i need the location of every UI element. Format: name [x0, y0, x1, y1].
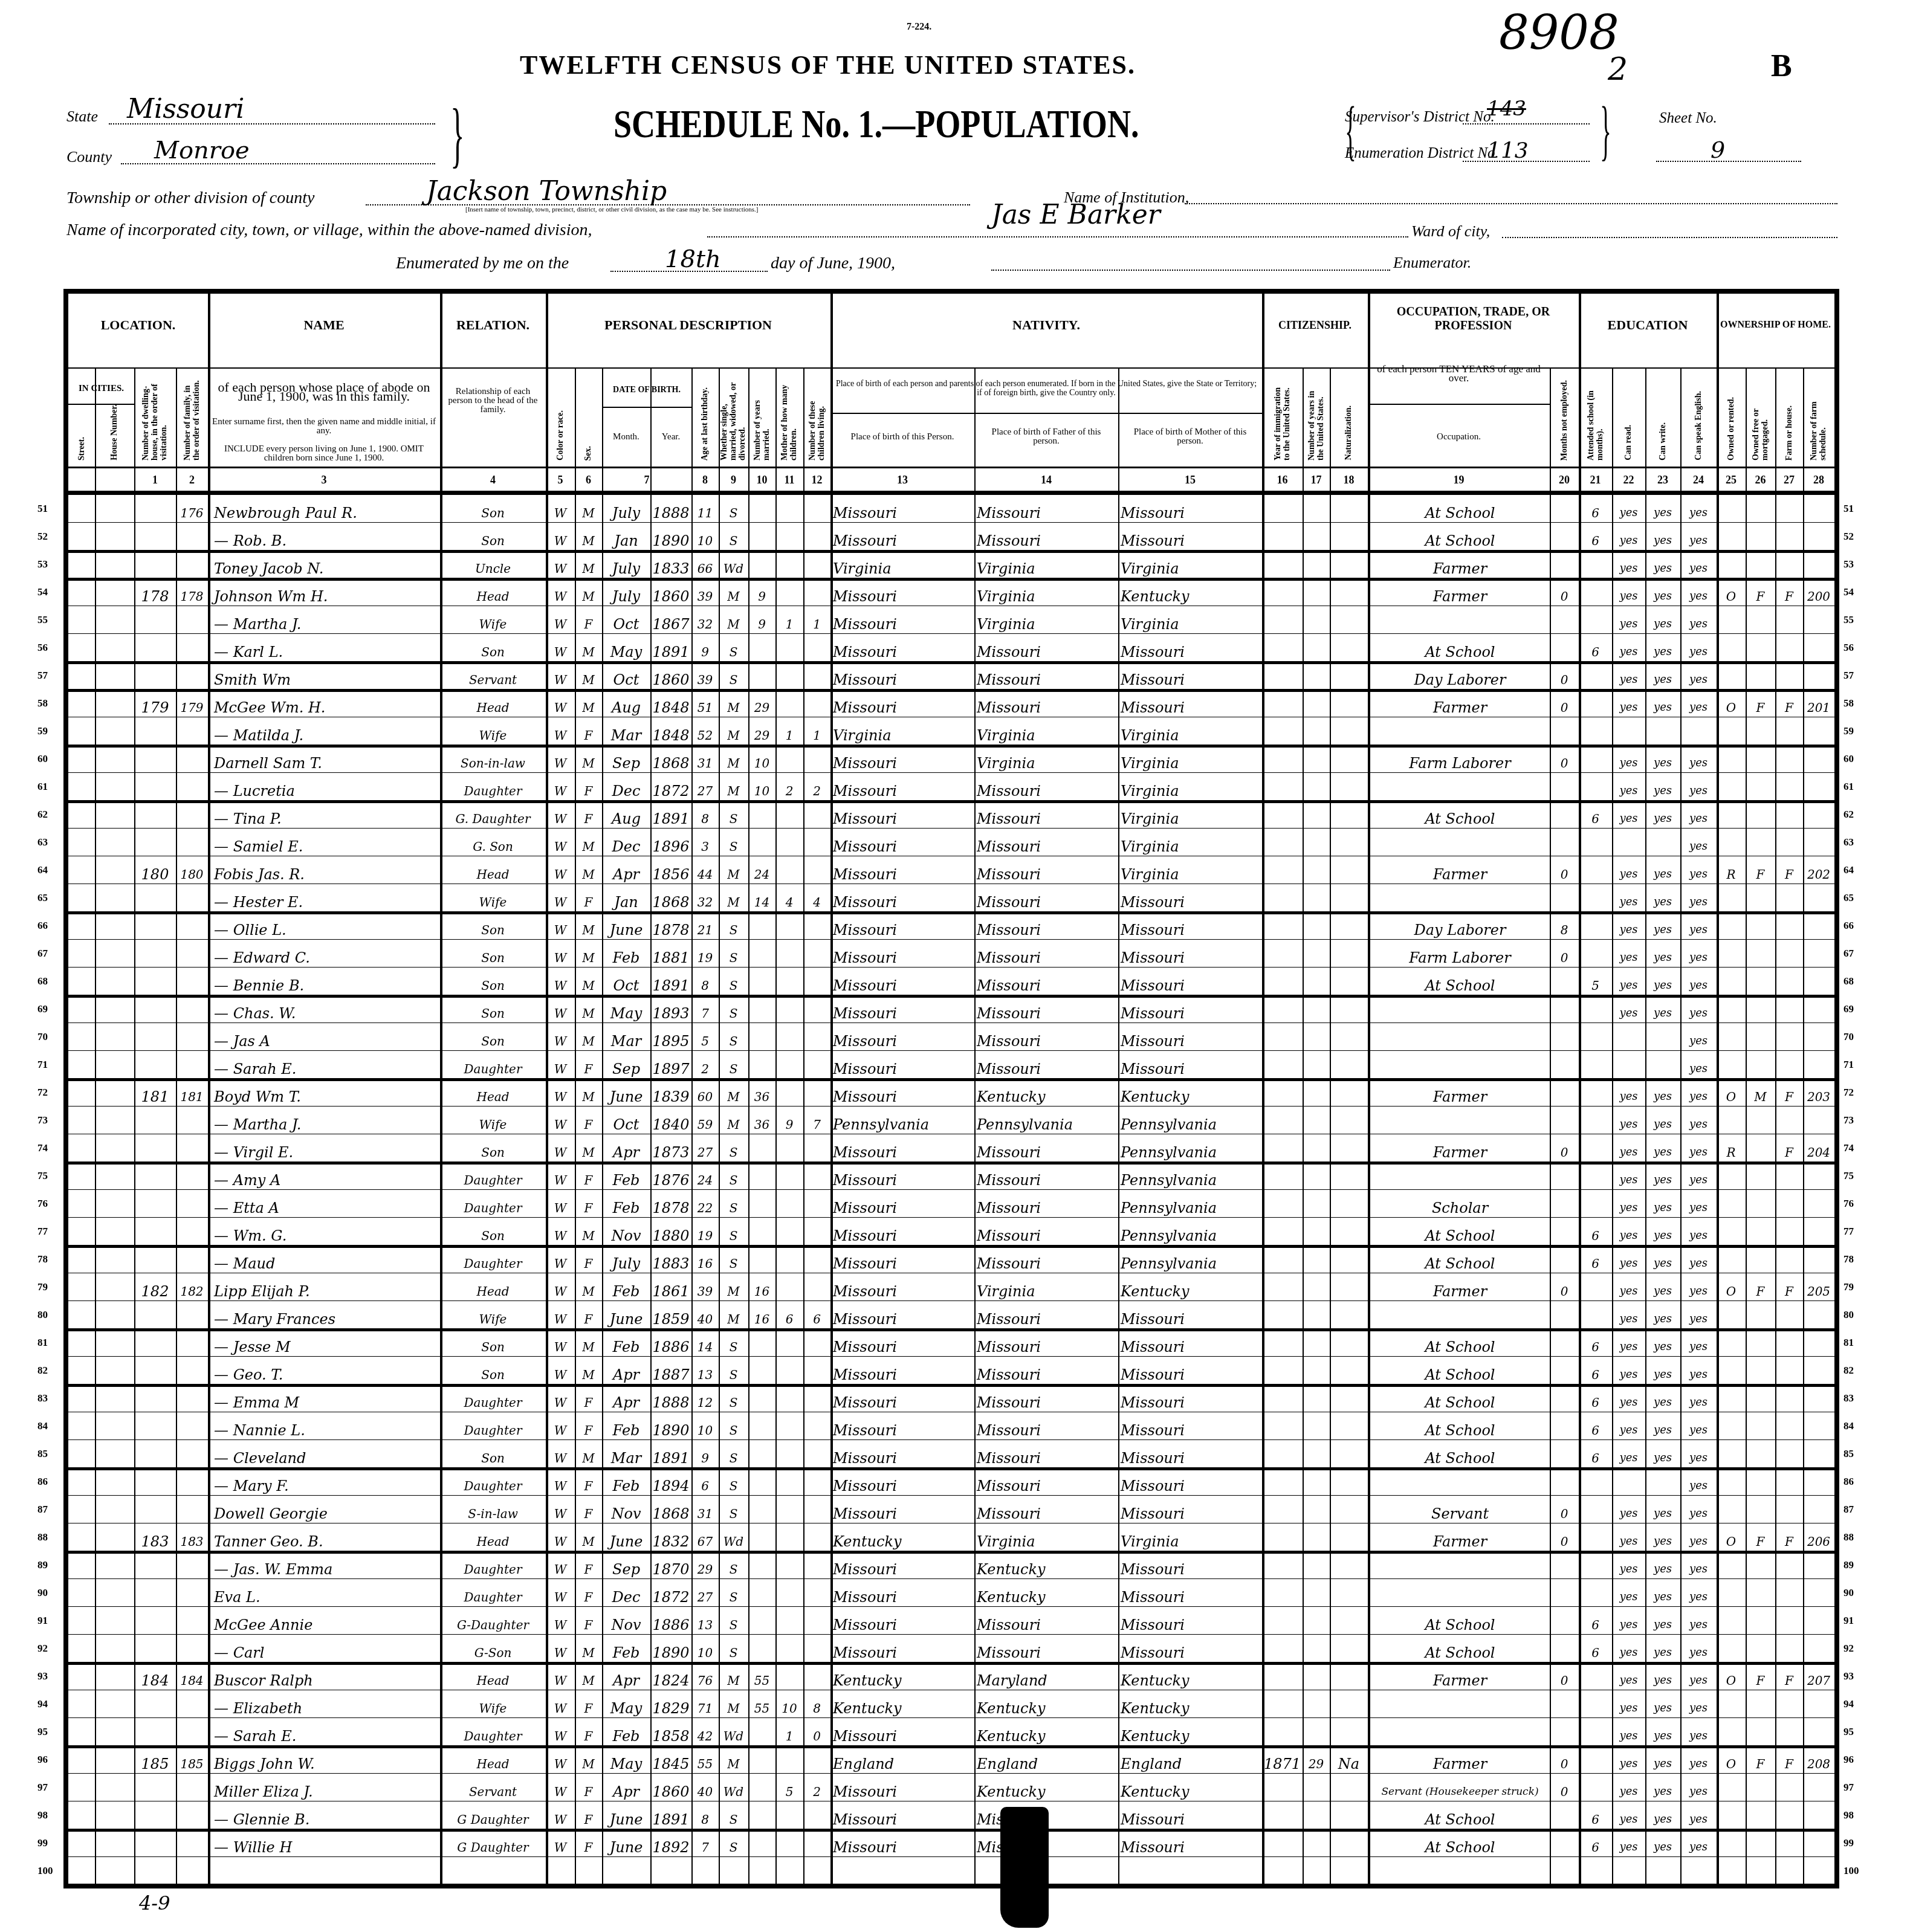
cell-color: W: [546, 968, 575, 995]
cell-living: 0: [803, 1719, 830, 1745]
cell-natz: [1330, 551, 1368, 578]
cell-months-ne: [1550, 718, 1579, 745]
cell-bp-mother: Missouri: [1118, 1635, 1262, 1662]
cell-natz: [1330, 523, 1368, 550]
cell-read: yes: [1612, 1802, 1645, 1829]
cell-family: 182: [176, 1274, 208, 1300]
cell-name: Johnson Wm H.: [212, 579, 444, 606]
header-name: NAME: [208, 307, 440, 343]
cell-marital: Wd: [719, 551, 748, 578]
cell-yrs-us: [1303, 1496, 1330, 1523]
cell-month: Sep: [602, 746, 650, 772]
cell-living: [803, 1135, 830, 1161]
cell-bp-father: Missouri: [974, 1191, 1118, 1217]
cell-marital: M: [719, 579, 748, 606]
cell-year: 1886: [650, 1607, 691, 1634]
cell-relation: G. Daughter: [440, 801, 546, 828]
cell-own: [1717, 1858, 1746, 1884]
cell-bp-father: Virginia: [974, 1524, 1118, 1551]
cell-dwelling: [134, 1468, 176, 1495]
cell-color: W: [546, 1107, 575, 1134]
cell-months-ne: [1550, 1580, 1579, 1606]
cell-immig: [1262, 1246, 1303, 1273]
cell-family: [176, 1774, 208, 1801]
cell-marital: S: [719, 829, 748, 856]
line-number-left: 74: [37, 1142, 48, 1154]
cell-color: W: [546, 1329, 575, 1356]
cell-free: M: [1746, 1079, 1775, 1106]
cell-age: 67: [691, 1524, 719, 1551]
cell-read: yes: [1612, 1107, 1645, 1134]
header-color-text: Color or race.: [556, 410, 565, 460]
cell-marital: M: [719, 1274, 748, 1300]
institution-field: [1185, 189, 1837, 204]
cell-school: [1579, 690, 1612, 717]
table-row: — Glennie B.G DaughterWFJune18918SMissou…: [68, 1802, 1834, 1830]
column-number: 10: [748, 469, 775, 491]
cell-age: 39: [691, 1274, 719, 1300]
cell-yrs-married: 9: [748, 579, 775, 606]
cell-living: [803, 1413, 830, 1439]
cell-age: 55: [691, 1746, 719, 1773]
column-number: 14: [974, 469, 1118, 491]
cell-free: [1746, 1218, 1775, 1245]
cell-school: [1579, 662, 1612, 689]
cell-write: yes: [1645, 1163, 1680, 1189]
cell-school: 6: [1579, 1329, 1612, 1356]
cell-sex: M: [575, 1441, 602, 1467]
cell-marital: S: [719, 801, 748, 828]
cell-natz: [1330, 690, 1368, 717]
cell-living: [803, 1052, 830, 1078]
cell-name: — Lucretia: [212, 774, 444, 800]
cell-family: [176, 996, 208, 1023]
cell-yrs-married: [748, 1191, 775, 1217]
cell-read: yes: [1612, 774, 1645, 800]
header-marital-text: Whether single, married, widowed, or div…: [720, 380, 747, 460]
header-family-number-text: Number of family, in the order of visita…: [183, 380, 201, 460]
cell-schedule: [1803, 1774, 1834, 1801]
cell-yrs-us: [1303, 996, 1330, 1023]
cell-living: [803, 551, 830, 578]
cell-age: 31: [691, 1496, 719, 1523]
cell-mother-of: [775, 913, 803, 939]
cell-read: yes: [1612, 1496, 1645, 1523]
cell-own: [1717, 801, 1746, 828]
cell-color: W: [546, 1691, 575, 1717]
cell-occupation: At School: [1368, 1246, 1550, 1273]
cell-marital: S: [719, 1580, 748, 1606]
cell-bp-person: England: [830, 1746, 974, 1773]
cell-relation: Servant: [440, 662, 546, 689]
cell-dwelling: [134, 662, 176, 689]
cell-relation: Wife: [440, 718, 546, 745]
cell-free: [1746, 1191, 1775, 1217]
line-number-right: 61: [1843, 781, 1854, 793]
cell-relation: G-Daughter: [440, 1607, 546, 1634]
cell-read: yes: [1612, 662, 1645, 689]
cell-natz: [1330, 496, 1368, 522]
table-row: — Jesse MSonWMFeb188614SMissouriMissouri…: [68, 1329, 1834, 1357]
cell-yrs-us: [1303, 1441, 1330, 1467]
cell-mother-of: 1: [775, 718, 803, 745]
cell-sex: M: [575, 1329, 602, 1356]
cell-name: — Tina P.: [212, 801, 444, 828]
cell-school: [1579, 1691, 1612, 1717]
table-row: Dowell GeorgieS-in-lawWFNov186831SMissou…: [68, 1496, 1834, 1524]
cell-bp-person: Missouri: [830, 885, 974, 911]
cell-color: W: [546, 857, 575, 884]
cell-marital: S: [719, 1607, 748, 1634]
supervisor-field: 143: [1463, 108, 1590, 124]
cell-age: 52: [691, 718, 719, 745]
cell-immig: [1262, 607, 1303, 633]
cell-school: [1579, 1496, 1612, 1523]
cell-english: yes: [1680, 551, 1717, 578]
cell-bp-person: Virginia: [830, 551, 974, 578]
cell-immig: [1262, 1468, 1303, 1495]
cell-family: [176, 1496, 208, 1523]
table-row: — MaudDaughterWFJuly188316SMissouriMisso…: [68, 1246, 1834, 1274]
column-number: 11: [775, 469, 803, 491]
cell-farm: F: [1775, 1663, 1803, 1690]
cell-english: yes: [1680, 1691, 1717, 1717]
cell-relation: Wife: [440, 1107, 546, 1134]
cell-year: 1824: [650, 1663, 691, 1690]
cell-immig: [1262, 1858, 1303, 1884]
cell-farm: [1775, 496, 1803, 522]
cell-color: W: [546, 1135, 575, 1161]
cell-schedule: 206: [1803, 1524, 1834, 1551]
table-row: — CarlG-SonWMFeb189010SMissouriMissouriM…: [68, 1635, 1834, 1663]
cell-color: W: [546, 1441, 575, 1467]
cell-immig: [1262, 523, 1303, 550]
cell-mother-of: 1: [775, 1719, 803, 1745]
cell-color: W: [546, 1468, 575, 1495]
cell-yrs-married: [748, 1413, 775, 1439]
cell-write: yes: [1645, 913, 1680, 939]
cell-occupation: At School: [1368, 968, 1550, 995]
cell-yrs-married: [748, 662, 775, 689]
line-number-left: 69: [37, 1003, 48, 1015]
cell-family: [176, 1413, 208, 1439]
column-number: 24: [1680, 469, 1717, 491]
cell-color: W: [546, 1607, 575, 1634]
cell-bp-father: Missouri: [974, 1496, 1118, 1523]
cell-bp-mother: Kentucky: [1118, 1274, 1262, 1300]
cell-months-ne: [1550, 1218, 1579, 1245]
cell-natz: [1330, 1635, 1368, 1662]
cell-year: 1860: [650, 579, 691, 606]
cell-natz: [1330, 857, 1368, 884]
cell-dwelling: [134, 1858, 176, 1884]
column-number: 22: [1612, 469, 1645, 491]
cell-free: F: [1746, 579, 1775, 606]
cell-english: yes: [1680, 1107, 1717, 1134]
cell-name: — Martha J.: [212, 1107, 444, 1134]
cell-english: yes: [1680, 1079, 1717, 1106]
cell-farm: F: [1775, 690, 1803, 717]
cell-read: yes: [1612, 1746, 1645, 1773]
cell-age: 32: [691, 885, 719, 911]
cell-own: [1717, 718, 1746, 745]
header-marital: Whether single, married, widowed, or div…: [719, 373, 748, 460]
cell-yrs-us: [1303, 801, 1330, 828]
cell-read: yes: [1612, 1635, 1645, 1662]
table-row: — Tina P.G. DaughterWFAug18918SMissouriM…: [68, 801, 1834, 829]
cell-own: [1717, 1691, 1746, 1717]
cell-farm: [1775, 523, 1803, 550]
cell-months-ne: [1550, 496, 1579, 522]
cell-yrs-us: [1303, 1163, 1330, 1189]
cell-write: yes: [1645, 1580, 1680, 1606]
cell-yrs-us: [1303, 1802, 1330, 1829]
line-number-right: 60: [1843, 753, 1854, 765]
cell-dwelling: 180: [134, 857, 176, 884]
cell-month: Dec: [602, 1580, 650, 1606]
cell-yrs-married: 36: [748, 1079, 775, 1106]
cell-bp-father: Missouri: [974, 1441, 1118, 1467]
cell-dwelling: [134, 1413, 176, 1439]
cell-age: 27: [691, 1135, 719, 1161]
cell-own: [1717, 774, 1746, 800]
cell-living: [803, 1496, 830, 1523]
cell-read: yes: [1612, 746, 1645, 772]
cell-immig: [1262, 857, 1303, 884]
cell-own: [1717, 1607, 1746, 1634]
cell-write: yes: [1645, 1830, 1680, 1856]
cell-age: 2: [691, 1052, 719, 1078]
county-value: Monroe: [154, 137, 250, 164]
cell-write: [1645, 1468, 1680, 1495]
cell-name: Darnell Sam T.: [212, 746, 444, 772]
cell-mother-of: 9: [775, 1107, 803, 1134]
cell-own: [1717, 1802, 1746, 1829]
header-ownership: OWNERSHIP OF HOME.: [1717, 307, 1834, 343]
cell-own: O: [1717, 1079, 1746, 1106]
table-row: — Rob. B.SonWMJan189010SMissouriMissouri…: [68, 523, 1834, 551]
cell-own: [1717, 1552, 1746, 1578]
cell-relation: G. Son: [440, 829, 546, 856]
cell-sex: M: [575, 523, 602, 550]
cell-living: 1: [803, 718, 830, 745]
cell-month: Feb: [602, 1191, 650, 1217]
table-row: — Martha J.WifeWFOct186732M911MissouriVi…: [68, 607, 1834, 635]
cell-natz: [1330, 1524, 1368, 1551]
cell-name: — Sarah E.: [212, 1052, 444, 1078]
cell-farm: [1775, 1830, 1803, 1856]
cell-schedule: [1803, 1691, 1834, 1717]
cell-name: Dowell Georgie: [212, 1496, 444, 1523]
cell-farm: [1775, 1774, 1803, 1801]
header-owned-rented-text: Owned or rented.: [1727, 397, 1736, 460]
cell-yrs-us: [1303, 635, 1330, 661]
cell-school: [1579, 1552, 1612, 1578]
cell-family: [176, 1135, 208, 1161]
line-number-right: 78: [1843, 1253, 1854, 1265]
occupation-description: of each person TEN YEARS of age and over…: [1371, 349, 1546, 398]
cell-sex: F: [575, 1302, 602, 1328]
cell-marital: S: [719, 1163, 748, 1189]
cell-own: [1717, 1635, 1746, 1662]
cell-english: yes: [1680, 774, 1717, 800]
cell-bp-father: Missouri: [974, 1830, 1118, 1856]
cell-month: Apr: [602, 857, 650, 884]
cell-relation: Head: [440, 1079, 546, 1106]
cell-bp-mother: England: [1118, 1746, 1262, 1773]
line-number-right: 63: [1843, 836, 1854, 848]
cell-dwelling: [134, 940, 176, 967]
cell-mother-of: [775, 1191, 803, 1217]
cell-name: Lipp Elijah P.: [212, 1274, 444, 1300]
line-number-left: 52: [37, 531, 48, 543]
cell-school: [1579, 746, 1612, 772]
enum-district-field: 113: [1463, 145, 1590, 162]
cell-color: [546, 1858, 575, 1884]
cell-bp-father: Missouri: [974, 1385, 1118, 1412]
cell-free: [1746, 1635, 1775, 1662]
cell-yrs-us: [1303, 1357, 1330, 1384]
cell-name: — Virgil E.: [212, 1135, 444, 1161]
cell-schedule: [1803, 1218, 1834, 1245]
cell-bp-father: Missouri: [974, 913, 1118, 939]
cell-bp-person: Missouri: [830, 1719, 974, 1745]
cell-read: yes: [1612, 1413, 1645, 1439]
cell-free: [1746, 801, 1775, 828]
cell-dwelling: 181: [134, 1079, 176, 1106]
cell-free: [1746, 1302, 1775, 1328]
cell-dwelling: [134, 1635, 176, 1662]
cell-year: 1868: [650, 746, 691, 772]
cell-immig: [1262, 940, 1303, 967]
column-number: 3: [208, 469, 440, 491]
cell-sex: F: [575, 607, 602, 633]
cell-own: [1717, 662, 1746, 689]
cell-school: [1579, 1468, 1612, 1495]
cell-occupation: Farmer: [1368, 1663, 1550, 1690]
cell-mother-of: [775, 829, 803, 856]
cell-family: 180: [176, 857, 208, 884]
cell-bp-father: Missouri: [974, 885, 1118, 911]
cell-immig: [1262, 1496, 1303, 1523]
column-number: 6: [575, 469, 602, 491]
cell-english: yes: [1680, 996, 1717, 1023]
cell-school: [1579, 607, 1612, 633]
cell-months-ne: [1550, 774, 1579, 800]
cell-marital: S: [719, 523, 748, 550]
cell-bp-mother: Kentucky: [1118, 1719, 1262, 1745]
cell-bp-mother: Missouri: [1118, 1329, 1262, 1356]
cell-family: [176, 1607, 208, 1634]
cell-own: [1717, 746, 1746, 772]
cell-family: 179: [176, 690, 208, 717]
cell-relation: Son: [440, 1024, 546, 1050]
cell-color: W: [546, 690, 575, 717]
cell-age: 13: [691, 1607, 719, 1634]
cell-occupation: [1368, 829, 1550, 856]
cell-marital: Wd: [719, 1719, 748, 1745]
cell-bp-person: Missouri: [830, 1774, 974, 1801]
cell-english: yes: [1680, 1329, 1717, 1356]
cell-occupation: [1368, 1163, 1550, 1189]
cell-color: W: [546, 551, 575, 578]
cell-age: 27: [691, 1580, 719, 1606]
cell-yrs-us: [1303, 496, 1330, 522]
cell-yrs-us: [1303, 1329, 1330, 1356]
cell-family: [176, 1246, 208, 1273]
cell-year: 1896: [650, 829, 691, 856]
cell-immig: [1262, 1024, 1303, 1050]
cell-months-ne: [1550, 1163, 1579, 1189]
column-number: 12: [803, 469, 830, 491]
cell-dwelling: [134, 635, 176, 661]
line-number-right: 53: [1843, 558, 1854, 570]
cell-marital: M: [719, 746, 748, 772]
cell-relation: Daughter: [440, 1580, 546, 1606]
cell-own: O: [1717, 579, 1746, 606]
cell-dwelling: [134, 1691, 176, 1717]
cell-immig: 1871: [1262, 1746, 1303, 1773]
cell-months-ne: 0: [1550, 1663, 1579, 1690]
line-number-left: 85: [37, 1448, 48, 1460]
cell-sex: M: [575, 635, 602, 661]
header-can-speak-english: Can speak English.: [1680, 373, 1717, 460]
line-number-left: 56: [37, 642, 48, 654]
cell-year: 1867: [650, 607, 691, 633]
line-number-right: 99: [1843, 1837, 1854, 1849]
enum-district-value: 113: [1487, 138, 1529, 163]
cell-bp-mother: Missouri: [1118, 1024, 1262, 1050]
cell-color: W: [546, 1496, 575, 1523]
header-attended-school: Attended school (in months).: [1579, 373, 1612, 460]
cell-color: W: [546, 718, 575, 745]
cell-bp-father: Missouri: [974, 523, 1118, 550]
cell-bp-person: Missouri: [830, 1413, 974, 1439]
line-number-left: 64: [37, 864, 48, 876]
cell-free: [1746, 1691, 1775, 1717]
cell-name: — Sarah E.: [212, 1719, 444, 1745]
cell-marital: M: [719, 607, 748, 633]
cell-living: 7: [803, 1107, 830, 1134]
cell-living: 1: [803, 607, 830, 633]
cell-school: 6: [1579, 1635, 1612, 1662]
cell-schedule: [1803, 1329, 1834, 1356]
cell-months-ne: [1550, 635, 1579, 661]
state-field: Missouri: [109, 106, 435, 124]
cell-natz: [1330, 1858, 1368, 1884]
cell-color: W: [546, 801, 575, 828]
cell-month: May: [602, 635, 650, 661]
cell-bp-mother: Pennsylvania: [1118, 1246, 1262, 1273]
cell-occupation: At School: [1368, 635, 1550, 661]
line-number-right: 54: [1843, 586, 1854, 598]
table-row: 185185Biggs John W.HeadWMMay184555MEngla…: [68, 1746, 1834, 1774]
cell-living: [803, 801, 830, 828]
cell-bp-mother: Kentucky: [1118, 1079, 1262, 1106]
cell-bp-person: Missouri: [830, 857, 974, 884]
cell-school: 6: [1579, 1441, 1612, 1467]
cell-bp-person: Missouri: [830, 1079, 974, 1106]
header-years-married-text: Number of years married.: [753, 380, 771, 460]
cell-months-ne: 0: [1550, 1746, 1579, 1773]
cell-occupation: [1368, 1552, 1550, 1578]
cell-age: 14: [691, 1329, 719, 1356]
cell-dwelling: [134, 1329, 176, 1356]
cell-months-ne: 0: [1550, 1524, 1579, 1551]
cell-bp-mother: Missouri: [1118, 1552, 1262, 1578]
cell-family: 185: [176, 1746, 208, 1773]
cell-bp-mother: Missouri: [1118, 1607, 1262, 1634]
